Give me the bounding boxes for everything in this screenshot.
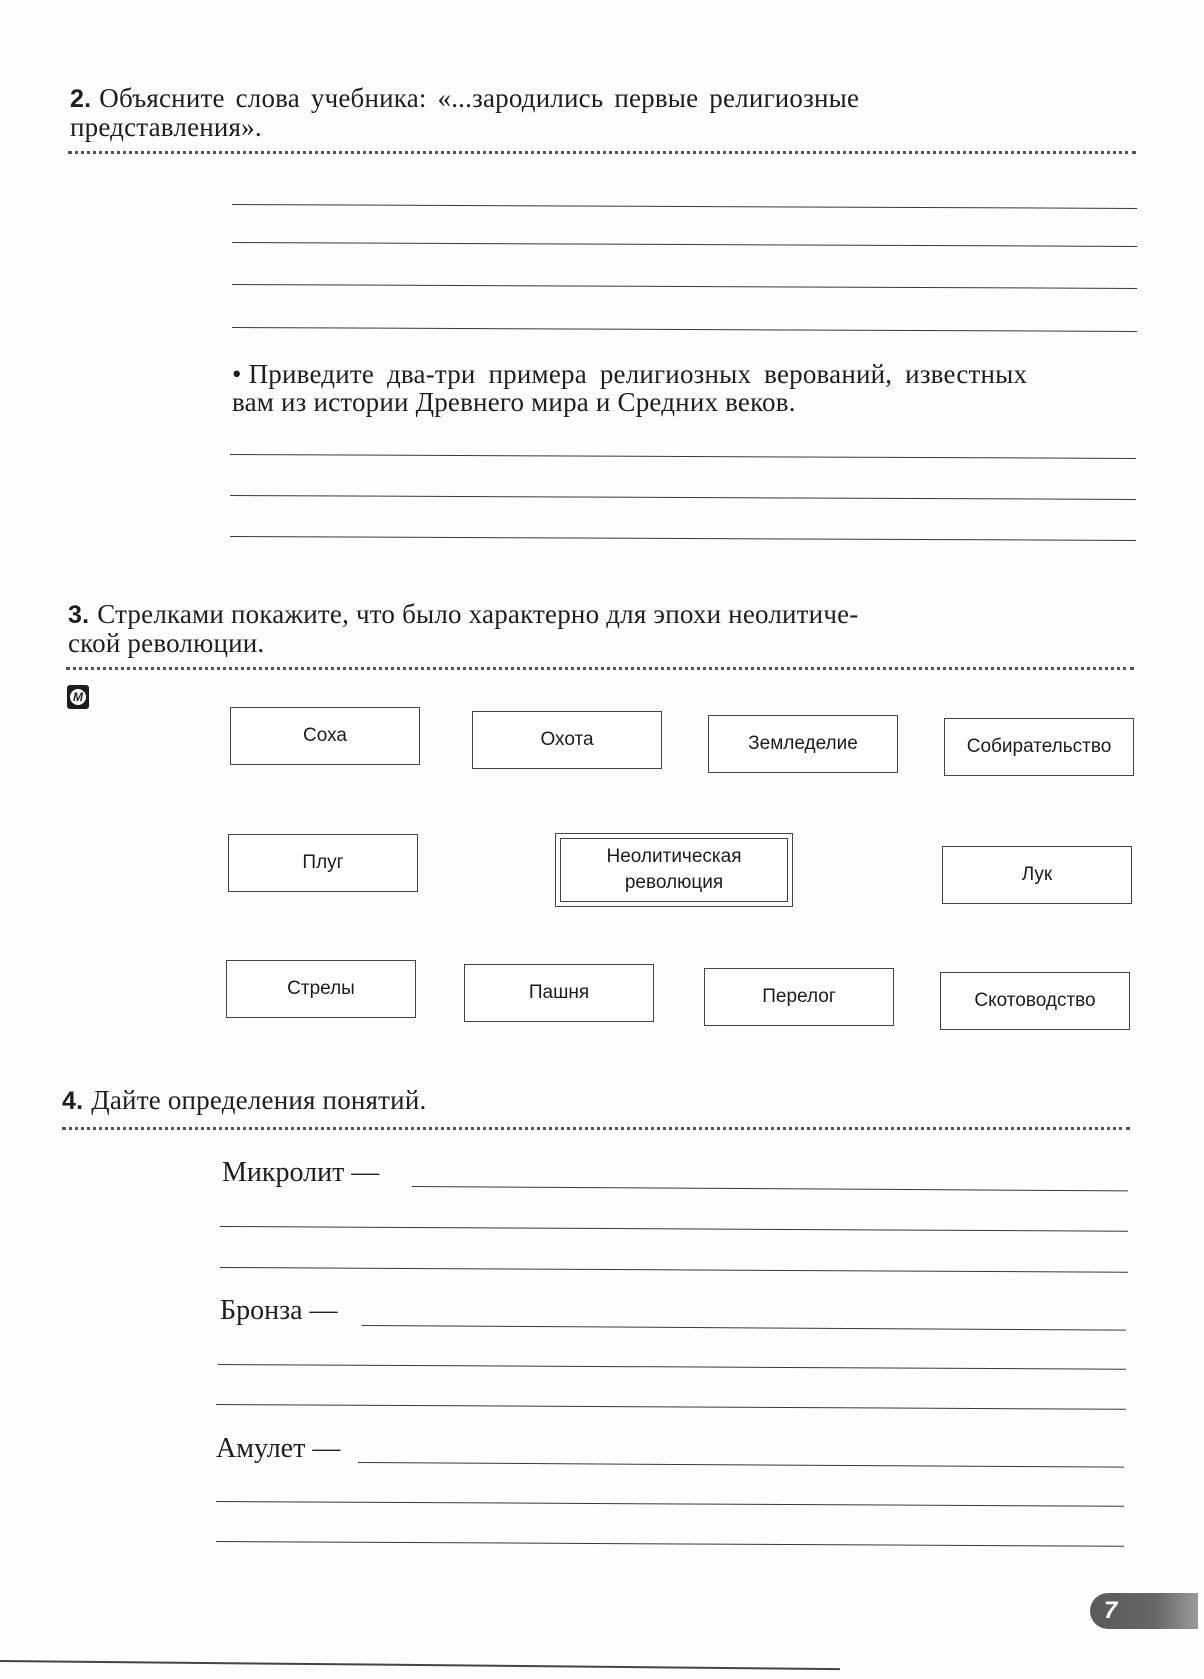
answer-line[interactable]: [362, 1325, 1126, 1331]
task-2-number: 2.: [70, 85, 91, 113]
task-2-heading: 2.Объясните слова учебника: «...зародили…: [70, 84, 1070, 141]
answer-line[interactable]: [220, 1226, 1128, 1232]
task-2-text-line2: представления».: [70, 112, 262, 142]
task-4-number: 4.: [62, 1087, 83, 1115]
subtask-text-line1: Приведите два-три примера религиозных ве…: [249, 359, 1028, 389]
answer-line[interactable]: [230, 454, 1136, 459]
concept-box-ohota[interactable]: Охота: [472, 711, 662, 769]
answer-line[interactable]: [230, 495, 1136, 500]
task-3-divider: [66, 667, 1134, 670]
answer-line[interactable]: [232, 204, 1137, 209]
answer-line[interactable]: [216, 1541, 1124, 1547]
term-bronze: Бронза —: [220, 1296, 338, 1326]
task-3-text-line1: Стрелками покажите, что было характерно …: [97, 599, 858, 629]
page-number: 7: [1104, 1597, 1117, 1624]
answer-line[interactable]: [232, 327, 1137, 332]
subtask-text-line2: вам из истории Древнего мира и Средних в…: [232, 387, 796, 417]
task-4-text: Дайте определения понятий.: [91, 1085, 426, 1115]
task-2-subtask: • Приведите два-три примера религиозных …: [232, 360, 1137, 416]
task-2-text-line1: Объясните слова учебника: «...зародились…: [99, 83, 859, 113]
concept-box-pashnya[interactable]: Пашня: [464, 964, 654, 1022]
center-line2: революция: [625, 872, 723, 893]
answer-line[interactable]: [218, 1364, 1126, 1370]
answer-line[interactable]: [216, 1501, 1124, 1507]
concept-box-plug[interactable]: Плуг: [228, 834, 418, 892]
answer-line[interactable]: [220, 1267, 1128, 1273]
task-2-divider: [68, 151, 1136, 154]
task-4-heading: 4.Дайте определения понятий.: [62, 1086, 762, 1115]
concept-box-strely[interactable]: Стрелы: [226, 960, 416, 1018]
answer-line[interactable]: [232, 242, 1137, 247]
concept-box-sobiratelstvo[interactable]: Собирательство: [944, 718, 1134, 776]
center-line1: Неолитическая: [606, 846, 741, 867]
answer-line[interactable]: [232, 284, 1137, 289]
task-3-heading: 3.Стрелками покажите, что было характерн…: [68, 600, 1018, 657]
task-3-text-line2: ской революции.: [68, 628, 264, 658]
concept-box-perelog[interactable]: Перелог: [704, 968, 894, 1026]
answer-line[interactable]: [358, 1462, 1124, 1468]
page-number-badge: 7: [1090, 1593, 1198, 1629]
term-microlith: Микролит —: [222, 1158, 379, 1188]
term-amulet: Амулет —: [216, 1434, 340, 1464]
concept-box-skotovodstvo[interactable]: Скотоводство: [940, 972, 1130, 1030]
task-3-number: 3.: [68, 601, 89, 629]
answer-line[interactable]: [230, 536, 1136, 541]
answer-line[interactable]: [216, 1404, 1126, 1410]
task-4-divider: [62, 1127, 1130, 1130]
bottom-rule: [0, 1660, 840, 1670]
bullet: •: [232, 359, 242, 389]
concept-box-soha[interactable]: Соха: [230, 707, 420, 765]
m-circle-icon: M: [67, 685, 89, 709]
answer-line[interactable]: [412, 1186, 1128, 1191]
concept-box-luk[interactable]: Лук: [942, 846, 1132, 904]
central-box-neolithic-revolution[interactable]: Неолитическаяреволюция: [560, 838, 788, 902]
concept-box-zemledelie[interactable]: Земледелие: [708, 715, 898, 773]
